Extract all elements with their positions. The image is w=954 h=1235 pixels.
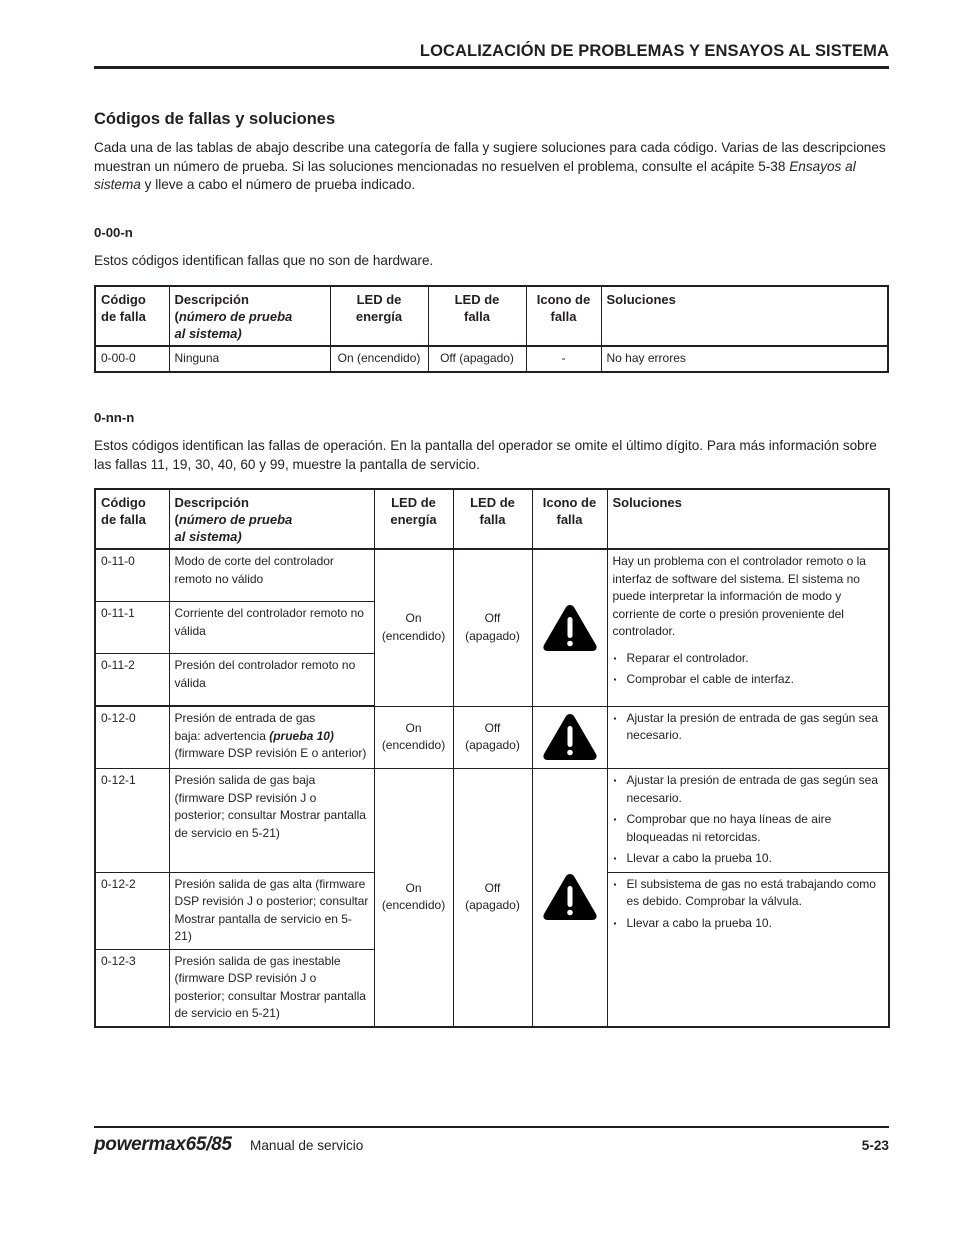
col-description: Descripción(número de pruebaal sistema) bbox=[169, 489, 374, 549]
fault-led-state: Off(apagado) bbox=[453, 706, 532, 769]
group1-title: 0-00-n bbox=[94, 225, 133, 240]
col-power-led: LED deenergía bbox=[330, 286, 428, 346]
fault-code: 0-12-0 bbox=[95, 706, 169, 769]
solution-text: Hay un problema con el controlador remot… bbox=[613, 553, 884, 641]
fault-led-state: Off (apagado) bbox=[428, 346, 526, 372]
col-solutions: Soluciones bbox=[607, 489, 889, 549]
fault-description: Presión salida de gas baja (firmware DSP… bbox=[169, 769, 374, 873]
fault-description: Presión salida de gas alta (firmware DSP… bbox=[169, 872, 374, 949]
warning-triangle-icon bbox=[542, 603, 598, 653]
fault-led-state: Off(apagado) bbox=[453, 769, 532, 1027]
fault-code: 0-11-2 bbox=[95, 654, 169, 707]
col-solutions: Soluciones bbox=[601, 286, 888, 346]
solution-item: Ajustar la presión de entrada de gas seg… bbox=[613, 772, 884, 807]
product-brand: powermax65/85 bbox=[94, 1134, 232, 1156]
intro-text: Cada una de las tablas de abajo describe… bbox=[94, 140, 886, 174]
table-row: 0-00-0 Ninguna On (encendido) Off (apaga… bbox=[95, 346, 888, 372]
intro-text-end: y lleve a cabo el número de prueba indic… bbox=[141, 177, 415, 192]
fault-description: Presión de entrada de gasbaja: advertenc… bbox=[169, 706, 374, 769]
section-title: Códigos de fallas y soluciones bbox=[94, 110, 335, 129]
power-led-state: On (encendido) bbox=[330, 346, 428, 372]
solution: Ajustar la presión de entrada de gas seg… bbox=[607, 706, 889, 769]
solution: Ajustar la presión de entrada de gas seg… bbox=[607, 769, 889, 873]
fault-description: Ninguna bbox=[169, 346, 330, 372]
power-led-state: On(encendido) bbox=[374, 769, 453, 1027]
col-code: Códigode falla bbox=[95, 489, 169, 549]
fault-table-0-00-n: Códigode falla Descripción(número de pru… bbox=[94, 285, 889, 373]
fault-description: Presión salida de gas inestable (firmwar… bbox=[169, 949, 374, 1027]
fault-icon-cell bbox=[532, 549, 607, 706]
table-row: 0-12-0 Presión de entrada de gasbaja: ad… bbox=[95, 706, 889, 769]
power-led-state: On(encendido) bbox=[374, 706, 453, 769]
col-fault-icon: Icono defalla bbox=[532, 489, 607, 549]
solution: No hay errores bbox=[601, 346, 888, 372]
solution-list-low-pressure: Ajustar la presión de entrada de gas seg… bbox=[613, 772, 884, 868]
fault-icon-cell bbox=[532, 769, 607, 1027]
fault-code: 0-12-2 bbox=[95, 872, 169, 949]
page-number: 5-23 bbox=[862, 1138, 889, 1153]
col-fault-icon: Icono defalla bbox=[526, 286, 601, 346]
group2-text: Estos códigos identifican las fallas de … bbox=[94, 437, 894, 474]
solution-list-high-pressure: El subsistema de gas no está trabajando … bbox=[613, 876, 884, 933]
fault-table-0-nn-n: Códigode falla Descripción(número de pru… bbox=[94, 488, 890, 1028]
fault-code: 0-12-1 bbox=[95, 769, 169, 873]
col-fault-led: LED defalla bbox=[428, 286, 526, 346]
warning-triangle-icon bbox=[542, 872, 598, 922]
intro-paragraph: Cada una de las tablas de abajo describe… bbox=[94, 139, 894, 195]
solution-item: Ajustar la presión de entrada de gas seg… bbox=[613, 710, 884, 745]
col-code: Códigode falla bbox=[95, 286, 169, 346]
solution-item: Comprobar el cable de interfaz. bbox=[613, 671, 884, 689]
fault-code: 0-00-0 bbox=[95, 346, 169, 372]
fault-code: 0-11-0 bbox=[95, 549, 169, 602]
fault-icon-none: - bbox=[526, 346, 601, 372]
table-row: 0-12-1 Presión salida de gas baja (firmw… bbox=[95, 769, 889, 873]
solution-list: Reparar el controlador. Comprobar el cab… bbox=[613, 650, 884, 689]
fault-code: 0-12-3 bbox=[95, 949, 169, 1027]
footer-rule bbox=[94, 1126, 889, 1128]
table-header-row: Códigode falla Descripción(número de pru… bbox=[95, 489, 889, 549]
table-header-row: Códigode falla Descripción(número de pru… bbox=[95, 286, 888, 346]
solution-item: Reparar el controlador. bbox=[613, 650, 884, 668]
table-row: 0-11-0 Modo de corte del controlador rem… bbox=[95, 549, 889, 602]
col-fault-led: LED defalla bbox=[453, 489, 532, 549]
power-led-state: On(encendido) bbox=[374, 549, 453, 706]
solution-list: Ajustar la presión de entrada de gas seg… bbox=[613, 710, 884, 745]
fault-icon-cell bbox=[532, 706, 607, 769]
col-description: Descripción(número de pruebaal sistema) bbox=[169, 286, 330, 346]
solution-item: Llevar a cabo la prueba 10. bbox=[613, 915, 884, 933]
warning-triangle-icon bbox=[542, 712, 598, 762]
chapter-title: LOCALIZACIÓN DE PROBLEMAS Y ENSAYOS AL S… bbox=[420, 42, 889, 61]
group1-text: Estos códigos identifican fallas que no … bbox=[94, 252, 894, 271]
fault-led-state: Off(apagado) bbox=[453, 549, 532, 706]
solution: El subsistema de gas no está trabajando … bbox=[607, 872, 889, 1027]
col-power-led: LED deenergía bbox=[374, 489, 453, 549]
fault-code: 0-11-1 bbox=[95, 602, 169, 654]
solution: Hay un problema con el controlador remot… bbox=[607, 549, 889, 706]
fault-description: Corriente del controlador remoto no váli… bbox=[169, 602, 374, 654]
manual-name: Manual de servicio bbox=[250, 1138, 363, 1153]
fault-description: Modo de corte del controlador remoto no … bbox=[169, 549, 374, 602]
fault-description: Presión del controlador remoto no válida bbox=[169, 654, 374, 707]
group2-title: 0-nn-n bbox=[94, 410, 134, 425]
solution-item: El subsistema de gas no está trabajando … bbox=[613, 876, 884, 911]
solution-item: Llevar a cabo la prueba 10. bbox=[613, 850, 884, 868]
page-header: LOCALIZACIÓN DE PROBLEMAS Y ENSAYOS AL S… bbox=[94, 42, 889, 69]
solution-item: Comprobar que no haya líneas de aire blo… bbox=[613, 811, 884, 846]
